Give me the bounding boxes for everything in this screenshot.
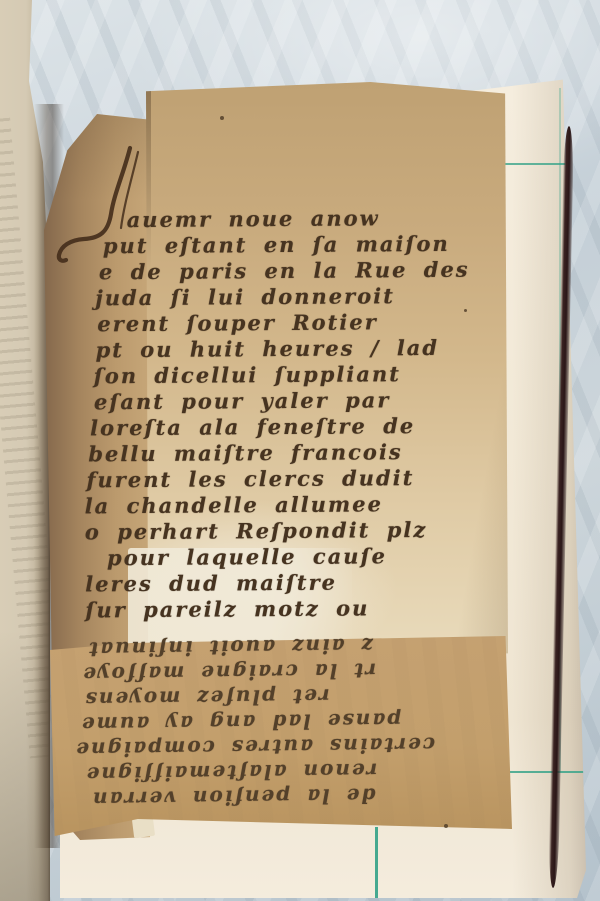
manuscript-text-line: bellu maiſtre francois <box>88 439 484 468</box>
manuscript-text-line: o perhart Reſpondit plz <box>85 517 485 546</box>
photo-scene: auemr noue anowput eſtant en ſa maiſone … <box>0 0 600 901</box>
manuscript-text-line: loreſta ala feneſtre de <box>90 413 484 442</box>
manuscript-text-line: put eſtant en ſa maiſon <box>103 231 483 260</box>
manuscript-text-line: leres dud maiſtre <box>85 569 485 598</box>
ruled-line-horizontal-bottom <box>507 771 584 773</box>
manuscript-text-line: furent les clercs dudit <box>86 465 484 494</box>
ruled-line-horizontal-top <box>497 163 567 165</box>
manuscript-text: auemr noue anowput eſtant en ſa maiſone … <box>83 205 486 624</box>
manuscript-text-line: erent ſouper Rotier <box>97 309 483 338</box>
manuscript-text-line: eſant pour yaler par <box>94 387 484 416</box>
ink-speck <box>464 309 467 312</box>
ink-speck <box>220 116 224 120</box>
manuscript-text-line: pour laquelle cauſe <box>107 543 485 572</box>
manuscript-text-line: juda ſi lui donneroit <box>95 283 483 312</box>
manuscript-text-line: ſon dicellui ſuppliant <box>94 361 484 390</box>
manuscript-text-line: la chandelle allumee <box>85 491 485 520</box>
manuscript-text-line: e de paris en la Rue des <box>99 257 483 286</box>
ruled-line-vertical-bottom <box>375 827 378 898</box>
manuscript-folded-text: z ainz auoit inſinuatrt la craigne maſſo… <box>73 631 475 812</box>
manuscript-text-line: ſur pareilz motz ou <box>85 595 485 624</box>
manuscript-text-line: auemr noue anow <box>127 205 483 233</box>
manuscript-text-line: pt ou huit heures / lad <box>95 335 483 364</box>
mounting-tab <box>132 817 155 838</box>
ink-speck <box>444 824 448 828</box>
